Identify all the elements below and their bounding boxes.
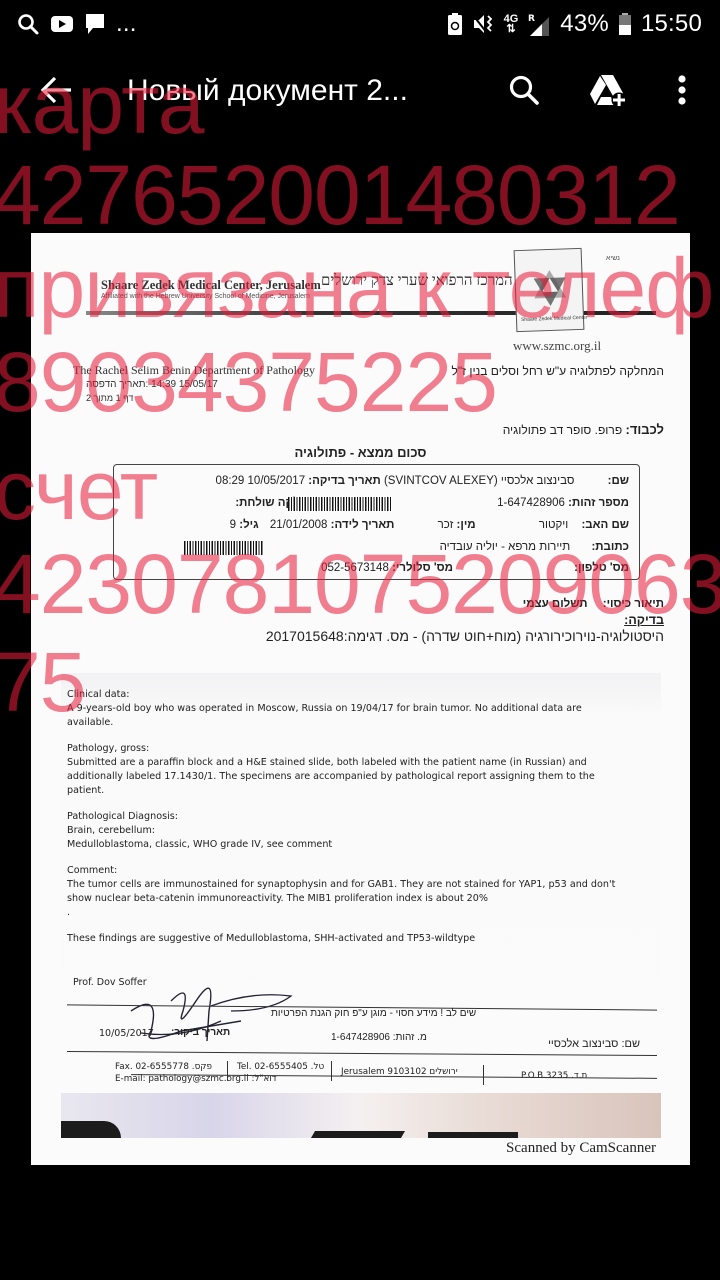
system-icons: 4G⇅ R 43% 15:50: [448, 10, 702, 38]
battery-icon: [619, 13, 631, 35]
scanner-watermark: Scanned by CamScanner: [506, 1140, 656, 1157]
barcode: [288, 497, 392, 511]
report-section-body: A 9-years-old boy who was operated in Mo…: [67, 702, 627, 730]
hospital-logo: Shaare Zedek Medical Center: [514, 248, 585, 332]
test-value: היסטולוגיה-נוירוכירורגיה (מוח+חוט שדרה) …: [266, 628, 664, 644]
report-section-title: Clinical data:: [67, 688, 627, 702]
signer-name: Prof. Dov Soffer: [73, 977, 147, 988]
message-icon: [84, 12, 106, 36]
page-number: דף 1 מתוך 2: [86, 393, 133, 403]
department-name-he: המחלקה לפתלוגיה ע"ש רחל וסלים בנין ז"ל: [452, 364, 664, 378]
report-section-title: Pathology, gross:: [67, 742, 627, 756]
status-bar: ... 4G⇅ R 43% 15:50: [0, 0, 720, 48]
svg-text:R: R: [528, 14, 535, 24]
mute-vibrate-icon: [472, 13, 494, 35]
report-section: Pathology, gross:Submitted are a paraffi…: [67, 742, 627, 798]
report-section: Pathological Diagnosis:Brain, cerebellum…: [67, 810, 627, 852]
report-section: These findings are suggestive of Medullo…: [67, 932, 627, 946]
report-section-body: These findings are suggestive of Medullo…: [67, 932, 627, 946]
contact-separator: [331, 1061, 332, 1081]
footer-patient-name: שם: סבינצוב אלכסיי: [548, 1038, 640, 1050]
patient-phone-row: מס' טלפון: מס' סלולרי: 052-5673148: [321, 562, 629, 574]
report-section: Clinical data:A 9-years-old boy who was …: [67, 688, 627, 730]
visit-date: 10/05/2017: [99, 1028, 154, 1039]
report-section-body: The tumor cells are immunostained for sy…: [67, 878, 627, 906]
hospital-website: www.szmc.org.il: [513, 338, 601, 354]
clock: 15:50: [641, 10, 702, 38]
contact-tel: Tel. 02-6555405 .טל: [237, 1061, 324, 1073]
arrow-left-icon: [39, 75, 73, 110]
more-vert-icon: [677, 74, 687, 111]
corner-mark: נשיא: [606, 255, 620, 262]
signal-roaming-icon: R: [528, 12, 550, 36]
search-icon: [16, 12, 40, 36]
barcode-small: [184, 541, 264, 555]
visit-date-label: תאריך ביקור:: [171, 1027, 230, 1038]
more-notifications: ...: [116, 10, 137, 38]
network-4g-icon: 4G⇅: [504, 14, 519, 34]
patient-father-row: שם האב: ויקטור מין: זכר תאריך לידה: 21/0…: [230, 519, 629, 531]
report-section: Comment:The tumor cells are immunostaine…: [67, 864, 627, 920]
save-to-drive-button[interactable]: [586, 70, 630, 114]
document-title: Новый документ 2...: [127, 74, 408, 108]
youtube-icon: [50, 14, 74, 34]
battery-percent: 43%: [560, 10, 609, 38]
back-button[interactable]: [34, 72, 78, 112]
contact-separator: [227, 1061, 228, 1081]
search-button[interactable]: [502, 70, 546, 114]
addressee: לכבוד: פרופ. סופר דב פתולוגיה: [503, 422, 664, 437]
pathology-report-body: Clinical data:A 9-years-old boy who was …: [67, 688, 627, 958]
battery-saver-icon: [448, 13, 462, 35]
report-section-body: Brain, cerebellum:: [67, 824, 627, 838]
patient-address-row: כתובת: תיירות מרפא - יוליה עובדיה: [440, 541, 629, 553]
report-section-title: Pathological Diagnosis:: [67, 810, 627, 824]
drive-add-icon: [589, 73, 627, 112]
hospital-name-en: Shaare Zedek Medical Center, Jerusalem: [101, 278, 321, 293]
summary-title: סכום ממצא - פתולוגיה: [31, 445, 690, 460]
print-date: 15/05/17 14:39 :תאריך הדפסה: [86, 379, 218, 390]
contact-separator: [483, 1065, 484, 1085]
star-of-david-icon: [529, 267, 570, 308]
affiliation-text: Affiliated with the Hebrew University Sc…: [101, 293, 310, 300]
test-label: בדיקה:: [624, 613, 664, 627]
app-bar: Новый документ 2...: [0, 48, 720, 136]
more-options-button[interactable]: [660, 70, 704, 114]
overlay-line: 427652001480312: [0, 153, 680, 237]
report-section-body: Submitted are a paraffin block and a H&E…: [67, 756, 627, 798]
department-name-en: The Rachel Selim Benin Department of Pat…: [73, 363, 315, 378]
patient-name-row: שם: סבינצוב אלכסיי (SVINTCOV ALEXEY) תאר…: [216, 475, 629, 487]
notification-icons: ...: [16, 10, 137, 38]
scanned-document-page[interactable]: Shaare Zedek Medical Center, Jerusalem ה…: [31, 233, 690, 1165]
privacy-notice: שים לב ! מידע חסוי - מוגן ע"פ חוק הגנת ה…: [271, 1008, 476, 1019]
hospital-name-he: המרכז הרפואי שערי צדק ירושלים: [321, 273, 513, 290]
coverage-description: תיאור כיסוי: תשלום עצמי: [523, 598, 664, 610]
patient-details-box: שם: סבינצוב אלכסיי (SVINTCOV ALEXEY) תאר…: [113, 464, 640, 580]
report-section-body: .: [67, 906, 627, 920]
search-icon: [507, 73, 541, 112]
footer-patient-id: מ. זהות: 1-647428906: [331, 1032, 427, 1043]
report-section-title: Comment:: [67, 864, 627, 878]
scan-background: [61, 1093, 661, 1138]
report-section-body: Medulloblastoma, classic, WHO grade IV, …: [67, 838, 627, 852]
